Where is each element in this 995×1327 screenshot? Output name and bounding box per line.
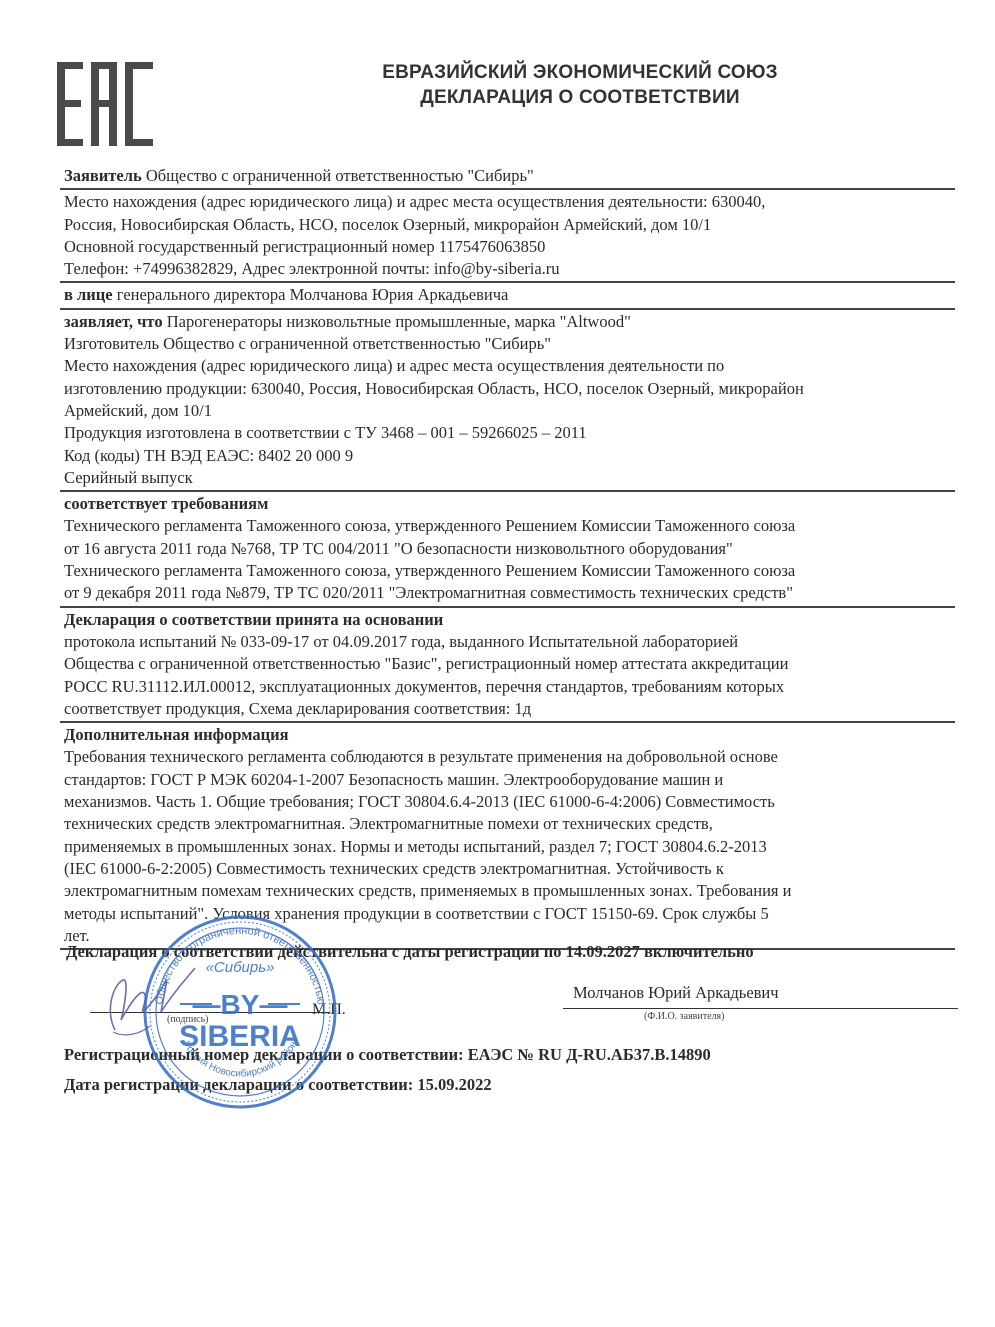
representative-label: в лице — [64, 285, 113, 304]
applicant-ogrn: Основной государственный регистрационный… — [64, 236, 959, 258]
manufacturer-address-2: изготовлению продукции: 630040, Россия, … — [64, 378, 959, 400]
requirements-heading: соответствует требованиям — [64, 493, 959, 515]
additional-line: (IEC 61000-6-2:2005) Совместимость техни… — [64, 858, 959, 880]
document-header: ЕВРАЗИЙСКИЙ ЭКОНОМИЧЕСКИЙ СОЮЗ ДЕКЛАРАЦИ… — [300, 60, 860, 110]
divider — [60, 308, 955, 310]
applicant-name: Молчанов Юрий Аркадьевич — [573, 983, 779, 1003]
declaration-title: ДЕКЛАРАЦИЯ О СООТВЕТСТВИИ — [300, 85, 860, 110]
representative-line: в лице генерального директора Молчанова … — [64, 284, 959, 306]
svg-text:«Сибирь»: «Сибирь» — [206, 959, 275, 976]
divider — [60, 721, 955, 723]
declares-label: заявляет, что — [64, 312, 163, 331]
eac-logo — [57, 62, 153, 146]
basis-line: Общества с ограниченной ответственностью… — [64, 653, 959, 675]
manufacturer: Изготовитель Общество с ограниченной отв… — [64, 333, 959, 355]
applicant-line: Заявитель Общество с ограниченной ответс… — [64, 165, 959, 187]
additional-line: применяемых в промышленных зонах. Нормы … — [64, 836, 959, 858]
declaration-body: Заявитель Общество с ограниченной ответс… — [64, 165, 959, 951]
additional-line: механизмов. Часть 1. Общие требования; Г… — [64, 791, 959, 813]
additional-line: стандартов: ГОСТ Р МЭК 60204-1-2007 Безо… — [64, 769, 959, 791]
additional-line: технических средств электромагнитная. Эл… — [64, 813, 959, 835]
requirement-line: Технического регламента Таможенного союз… — [64, 560, 959, 582]
technical-conditions: Продукция изготовлена в соответствии с Т… — [64, 422, 959, 444]
divider — [60, 188, 955, 190]
requirement-line: Технического регламента Таможенного союз… — [64, 515, 959, 537]
svg-text:—BY—: —BY— — [193, 989, 288, 1020]
applicant-address-1: Место нахождения (адрес юридического лиц… — [64, 191, 959, 213]
name-line — [563, 1008, 958, 1009]
declares-line: заявляет, что Парогенераторы низковольтн… — [64, 311, 959, 333]
applicant-contacts: Телефон: +74996382829, Адрес электронной… — [64, 258, 959, 280]
additional-heading: Дополнительная информация — [64, 724, 959, 746]
representative-value: генерального директора Молчанова Юрия Ар… — [113, 285, 509, 304]
applicant-value: Общество с ограниченной ответственностью… — [142, 166, 534, 185]
union-title: ЕВРАЗИЙСКИЙ ЭКОНОМИЧЕСКИЙ СОЮЗ — [300, 60, 860, 85]
product-name: Парогенераторы низковольтные промышленны… — [163, 312, 631, 331]
divider — [60, 606, 955, 608]
applicant-address-2: Россия, Новосибирская Область, НСО, посе… — [64, 214, 959, 236]
tnved-code: Код (коды) ТН ВЭД ЕАЭС: 8402 20 000 9 — [64, 445, 959, 467]
series-type: Серийный выпуск — [64, 467, 959, 489]
basis-line: протокола испытаний № 033-09-17 от 04.09… — [64, 631, 959, 653]
manufacturer-address-1: Место нахождения (адрес юридического лиц… — [64, 355, 959, 377]
requirement-line: от 9 декабря 2011 года №879, ТР ТС 020/2… — [64, 582, 959, 604]
company-stamp-icon: Общество с ограниченной ответственностью… — [140, 912, 340, 1112]
basis-line: РОСС RU.31112.ИЛ.00012, эксплуатационных… — [64, 676, 959, 698]
additional-line: Требования технического регламента соблю… — [64, 746, 959, 768]
manufacturer-address-3: Армейский, дом 10/1 — [64, 400, 959, 422]
basis-heading: Декларация о соответствии принята на осн… — [64, 609, 959, 631]
divider — [60, 490, 955, 492]
applicant-label: Заявитель — [64, 166, 142, 185]
additional-line: электромагнитным помехам технических сре… — [64, 880, 959, 902]
basis-line: соответствует продукция, Схема деклариро… — [64, 698, 959, 720]
requirement-line: от 16 августа 2011 года №768, ТР ТС 004/… — [64, 538, 959, 560]
svg-text:SIBERIA: SIBERIA — [179, 1020, 301, 1053]
divider — [60, 281, 955, 283]
name-caption: (Ф.И.О. заявителя) — [644, 1011, 724, 1022]
